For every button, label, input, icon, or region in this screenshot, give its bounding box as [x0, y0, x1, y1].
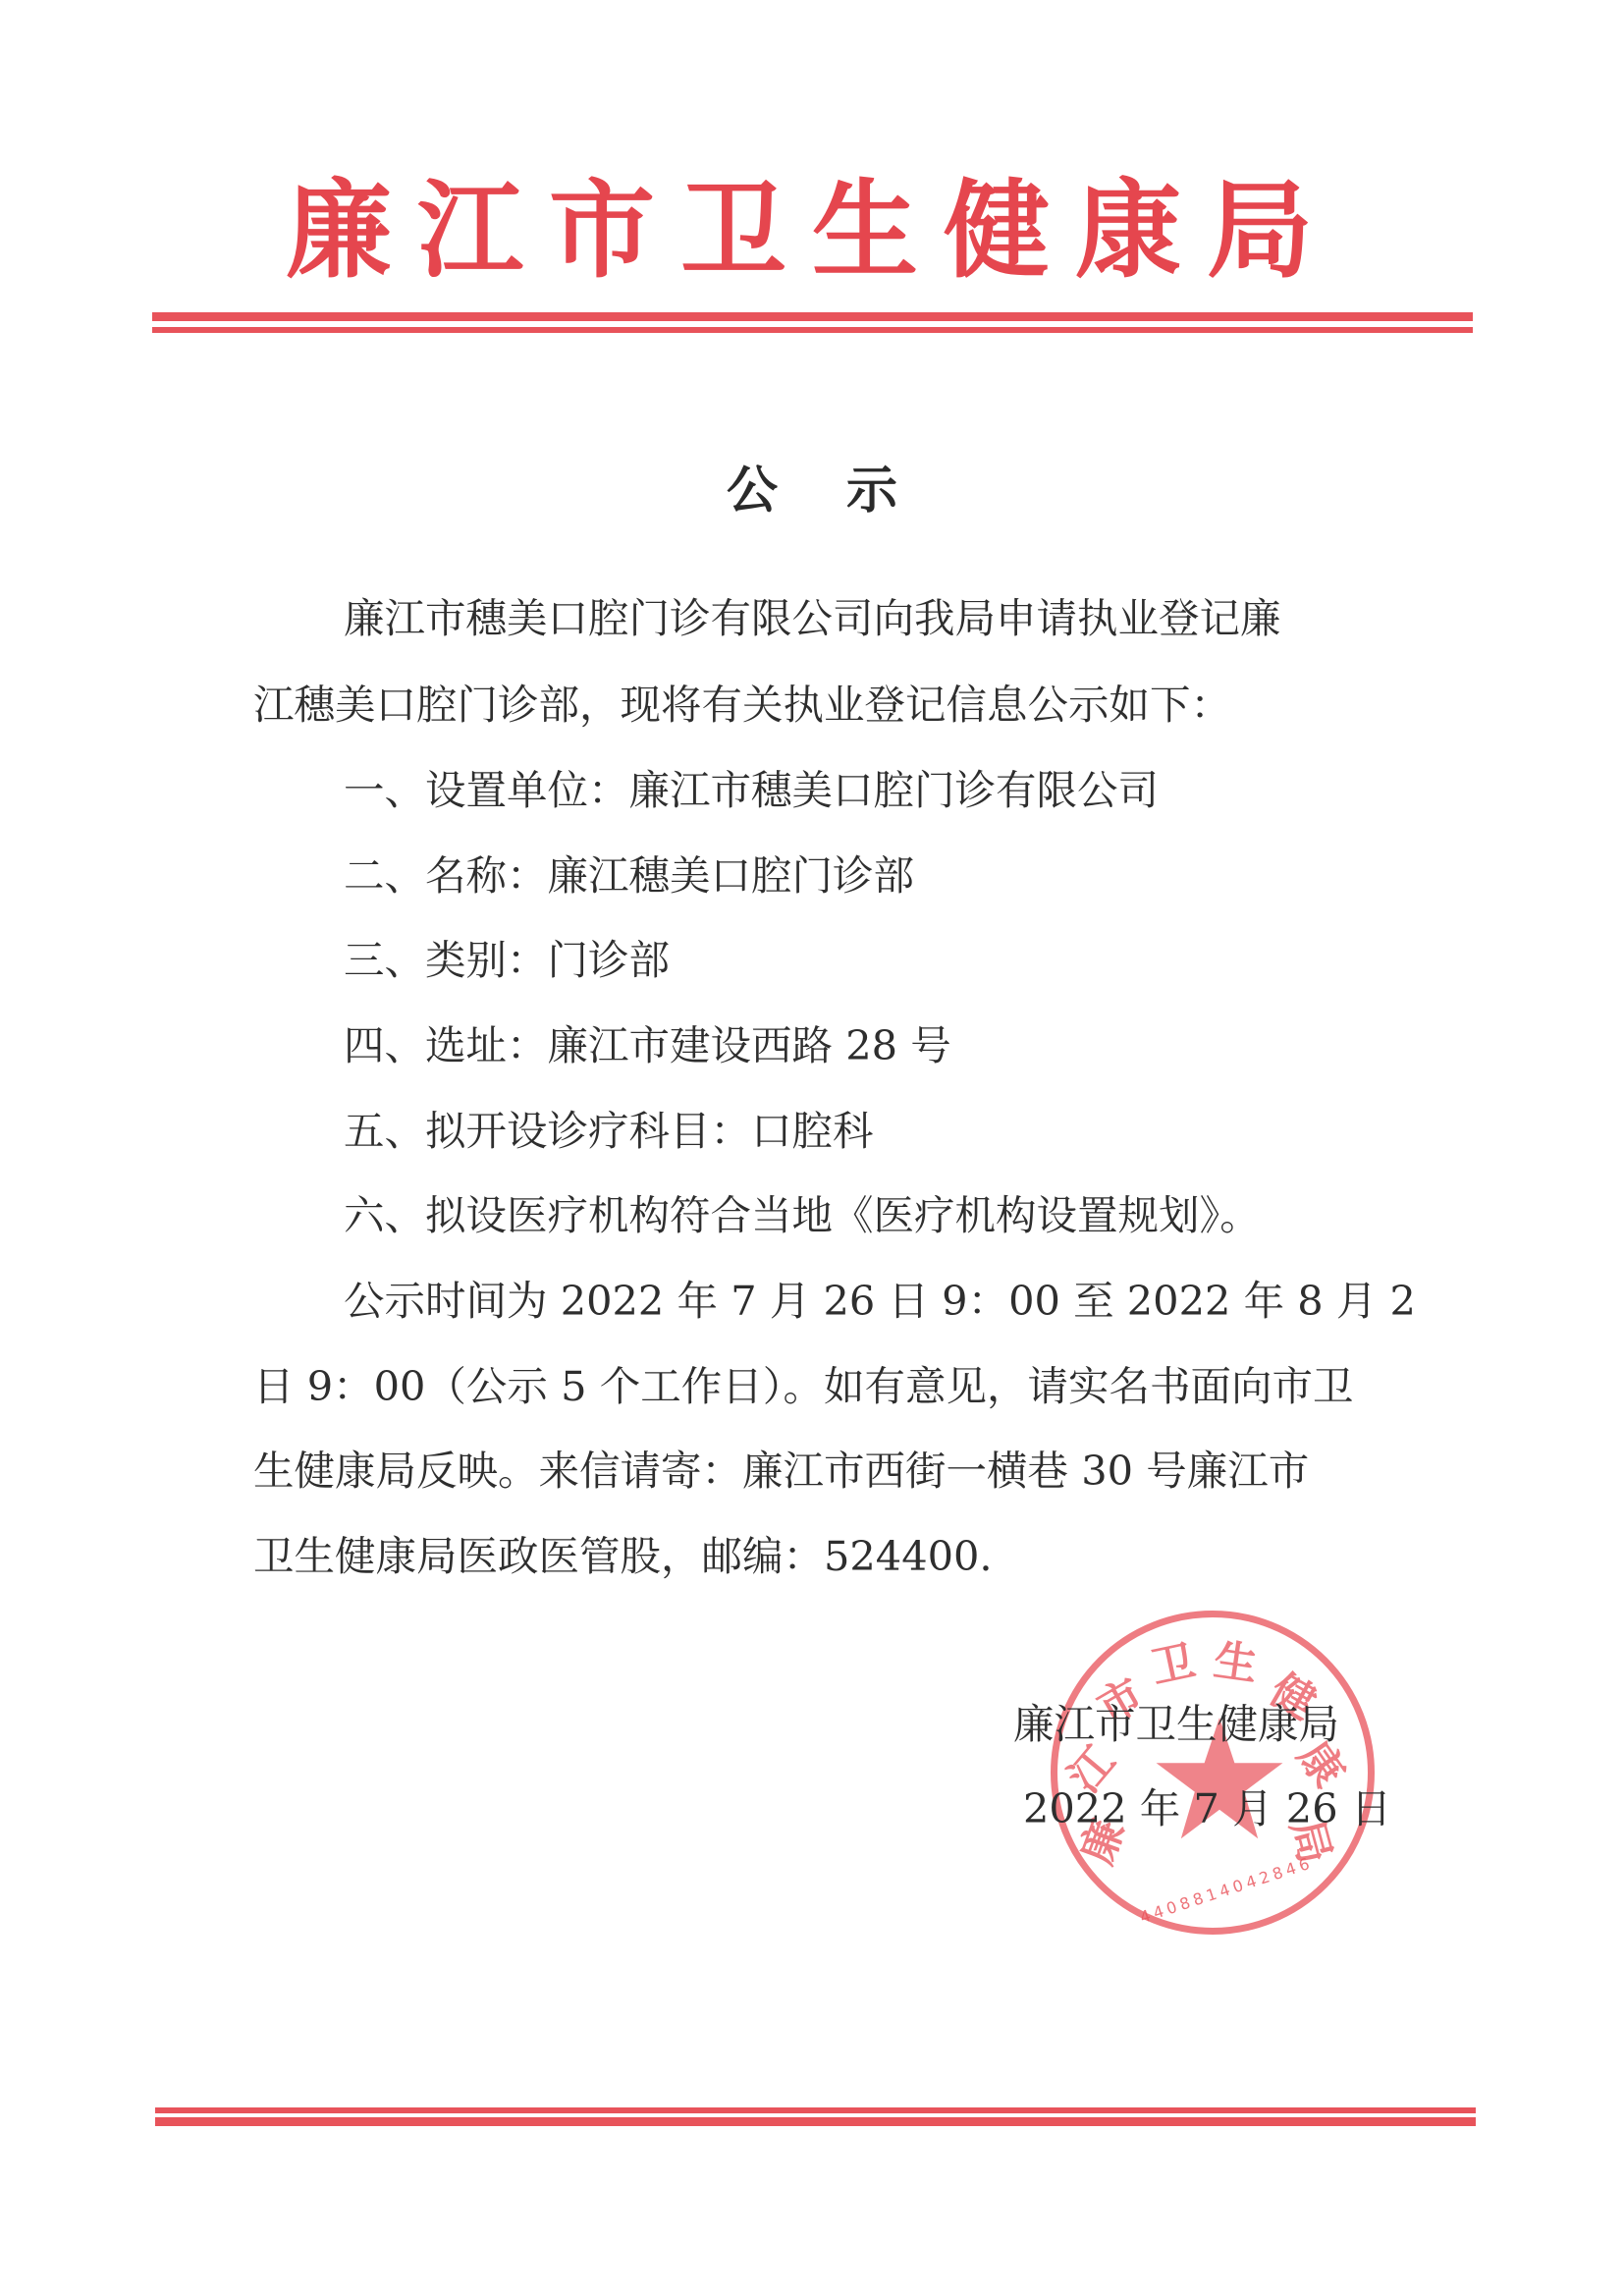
item-label: 一、设置单位： — [344, 766, 629, 814]
item-3: 三、类别：门诊部 — [344, 931, 670, 990]
seal-char: 卫 — [1145, 1625, 1200, 1696]
item-label: 四、选址： — [344, 1021, 548, 1069]
notice-line-4: 卫生健康局医政医管股，邮编：524400. — [253, 1527, 993, 1586]
masthead: 廉江市卫生健康局 — [0, 167, 1624, 295]
item-6: 六、拟设医疗机构符合当地《医疗机构设置规划》。 — [344, 1186, 1261, 1245]
item-value: 廉江市建设西路 28 号 — [548, 1021, 951, 1069]
item-value: 口腔科 — [751, 1107, 874, 1155]
item-2: 二、名称：廉江穗美口腔门诊部 — [344, 847, 914, 905]
seal-char: 生 — [1211, 1624, 1262, 1693]
item-4: 四、选址：廉江市建设西路 28 号 — [344, 1016, 951, 1075]
signature-issuer: 廉江市卫生健康局 — [1013, 1691, 1339, 1750]
notice-line-2: 日 9：00（公示 5 个工作日）。如有意见，请实名书面向市卫 — [253, 1357, 1353, 1416]
item-1: 一、设置单位：廉江市穗美口腔门诊有限公司 — [344, 761, 1159, 820]
intro-line-2: 江穗美口腔门诊部，现将有关执业登记信息公示如下： — [253, 676, 1231, 735]
item-label: 二、名称： — [344, 851, 548, 900]
footer-rule-thin — [155, 2107, 1476, 2113]
masthead-rule-thick — [152, 312, 1473, 321]
signature-date: 2022 年 7 月 26 日 — [1023, 1776, 1391, 1834]
official-seal: 廉 江 市 卫 生 健 康 局 4408814042846 — [1051, 1611, 1375, 1935]
notice-line-1: 公示时间为 2022 年 7 月 26 日 9：00 至 2022 年 8 月 … — [344, 1272, 1416, 1331]
item-value: 门诊部 — [548, 936, 671, 984]
intro-line-1: 廉江市穗美口腔门诊有限公司向我局申请执业登记廉 — [344, 589, 1281, 648]
seal-code: 4408814042846 — [1138, 1853, 1316, 1927]
masthead-rule-thin — [152, 327, 1473, 333]
item-5: 五、拟开设诊疗科目：口腔科 — [344, 1102, 874, 1161]
footer-rule-thick — [155, 2117, 1476, 2126]
item-label: 五、拟开设诊疗科目： — [344, 1107, 751, 1155]
item-value: 廉江穗美口腔门诊部 — [548, 851, 915, 900]
notice-line-3: 生健康局反映。来信请寄：廉江市西街一横巷 30 号廉江市 — [253, 1442, 1309, 1501]
item-value: 廉江市穗美口腔门诊有限公司 — [629, 766, 1160, 814]
document-title: 公示 — [0, 452, 1624, 530]
item-label: 三、类别： — [344, 936, 548, 984]
item-value: 拟设医疗机构符合当地《医疗机构设置规划》。 — [425, 1191, 1261, 1239]
item-label: 六、 — [344, 1191, 425, 1239]
